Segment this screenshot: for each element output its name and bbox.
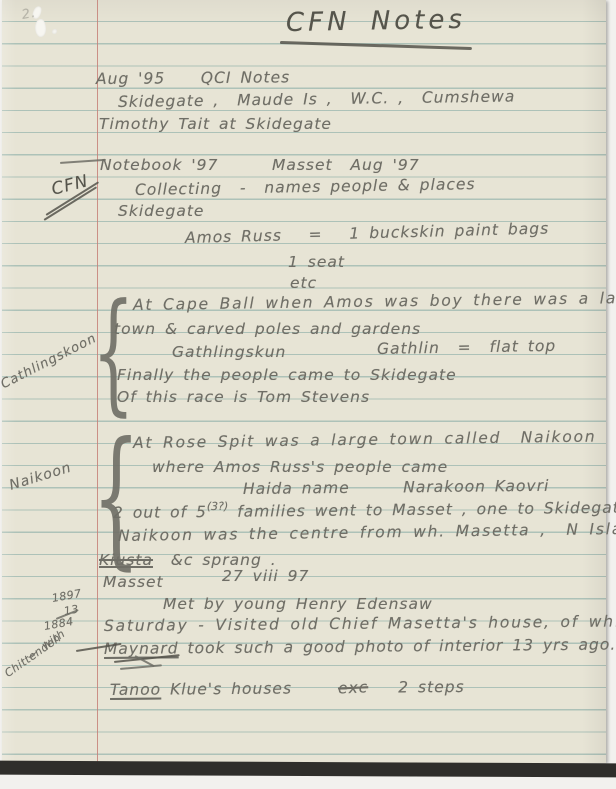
title-underline — [280, 41, 472, 50]
note-line-gathlingskun: Gathlingskun — [172, 343, 286, 362]
tanoo-rest: Klue's houses — [161, 679, 292, 698]
note-line-cameto: Finally the people came to Skidegate — [117, 366, 457, 385]
note-line-capeball2: town & carved poles and gardens — [114, 320, 421, 339]
note-line-amosruss: Amos Russ = 1 buckskin paint bags — [185, 219, 550, 247]
margin-calc-1897: 1897 — [51, 587, 83, 605]
note-line-saturday: Saturday - Visited old Chief Masetta's h… — [104, 612, 616, 635]
note-line-centre: Naikoon was the centre from wh. Masetta … — [118, 519, 616, 545]
note-line-skidegate: Skidegate — [118, 202, 204, 221]
note-line-notebook97: Notebook '97 Masset Aug '97 — [100, 156, 420, 175]
note-line-oneseat: 1 seat — [288, 253, 345, 272]
corner-pencil-mark: 2. — [21, 6, 38, 24]
families-count: 2 out of 5 — [113, 503, 207, 522]
note-line-timothy: Timothy Tait at Skidegate — [99, 115, 332, 134]
note-line-met: Met by young Henry Edensaw — [163, 595, 433, 614]
note-line-haidaname: Haida name Narakoon Kaovri — [243, 477, 550, 499]
note-line-rosespit2: where Amos Russ's people came — [152, 458, 448, 477]
families-rest: families went to Masset , one to Skidega… — [228, 499, 616, 521]
paper-damage-mark — [52, 29, 57, 34]
margin-note-chittenden: Chittenden — [2, 631, 63, 680]
note-line-maynard: Maynard took such a good photo of interi… — [104, 636, 616, 659]
kiusta-word: Kiusta — [99, 551, 153, 569]
note-line-masset: Masset — [103, 573, 164, 592]
note-line-aug95: Aug '95 QCI Notes — [96, 68, 290, 88]
exc-crossed-out: exc — [338, 678, 369, 698]
note-line-families: 2 out of 5(3?) families went to Masset ,… — [113, 499, 616, 523]
page-title: CFN Notes — [286, 5, 466, 39]
note-line-masset-date: 27 viii 97 — [222, 567, 309, 586]
notebook-paper: 2. CFN Notes Aug '95 QCI Notes Skidegate… — [2, 0, 606, 763]
note-line-capeball1: At Cape Ball when Amos was boy there was… — [133, 289, 616, 315]
note-line-rosespit1: At Rose Spit was a large town called Nai… — [133, 428, 597, 453]
note-line-tanoo: Tanoo Klue's housesexc2 steps — [110, 678, 465, 700]
note-line-gathlin: Gathlin = flat top — [377, 337, 557, 359]
scratch-stroke — [120, 664, 162, 669]
steps-text: 2 steps — [398, 678, 465, 697]
families-superscript: (3?) — [207, 500, 229, 513]
note-line-etc: etc — [290, 274, 317, 293]
scanned-document: 2. CFN Notes Aug '95 QCI Notes Skidegate… — [0, 0, 616, 789]
note-line-places95: Skidegate , Maude Is , W.C. , Cumshewa — [118, 87, 516, 111]
page-edge-shadow — [0, 761, 616, 778]
maynard-rest: took such a good photo of interior 13 yr… — [178, 636, 616, 658]
margin-note-cathlingskoon: Cathlingskoon — [0, 331, 100, 393]
note-line-collecting: Collecting - names people & places — [135, 175, 476, 200]
note-line-race: Of this race is Tom Stevens — [117, 388, 370, 407]
tanoo-word: Tanoo — [110, 681, 161, 699]
margin-note-naikoon: Naikoon — [8, 460, 74, 495]
